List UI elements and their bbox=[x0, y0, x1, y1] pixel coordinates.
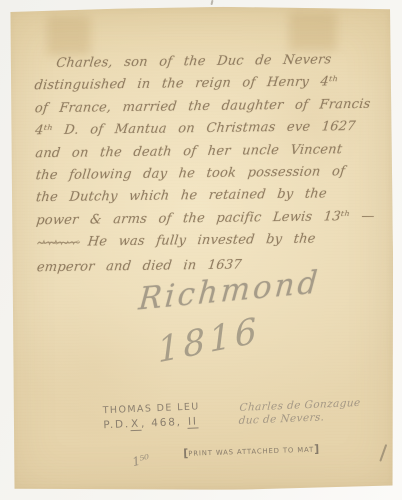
hinge-mark-left bbox=[47, 16, 91, 56]
manuscript-paper: Charles, son of the Duc de Nevers distin… bbox=[9, 6, 395, 491]
year-inscription: 1816 bbox=[156, 310, 261, 371]
curator-annotation-sitter: Charles de Gonzague duc de Nevers. bbox=[238, 397, 361, 428]
catalog-number: , 468, bbox=[141, 416, 187, 430]
mat-note-text: PRINT WAS ATTACHED TO MAT bbox=[188, 446, 314, 458]
price-mark: 1⁵⁰ bbox=[131, 452, 151, 469]
scribbled-out-word-icon bbox=[35, 234, 81, 257]
manuscript-line-text: He was fully invested by the bbox=[87, 232, 317, 250]
manuscript-text: Charles, son of the Duc de Nevers distin… bbox=[34, 49, 381, 280]
stray-pencil-mark bbox=[211, 0, 214, 5]
catalog-reference: P.D.X, 468, II bbox=[103, 414, 200, 432]
pencil-stroke bbox=[379, 444, 387, 462]
curator-mat-note: [PRINT WAS ATTACHED TO MAT] bbox=[183, 443, 319, 460]
catalog-prefix: P.D. bbox=[103, 418, 130, 431]
photo-background: Charles, son of the Duc de Nevers distin… bbox=[0, 0, 402, 500]
catalog-volume: X bbox=[130, 418, 142, 431]
hinge-mark-right bbox=[289, 11, 337, 51]
curator-annotation-artist: THOMAS DE LEU P.D.X, 468, II bbox=[102, 400, 200, 432]
catalog-state: II bbox=[187, 415, 199, 428]
bracket-close: ] bbox=[314, 443, 319, 456]
